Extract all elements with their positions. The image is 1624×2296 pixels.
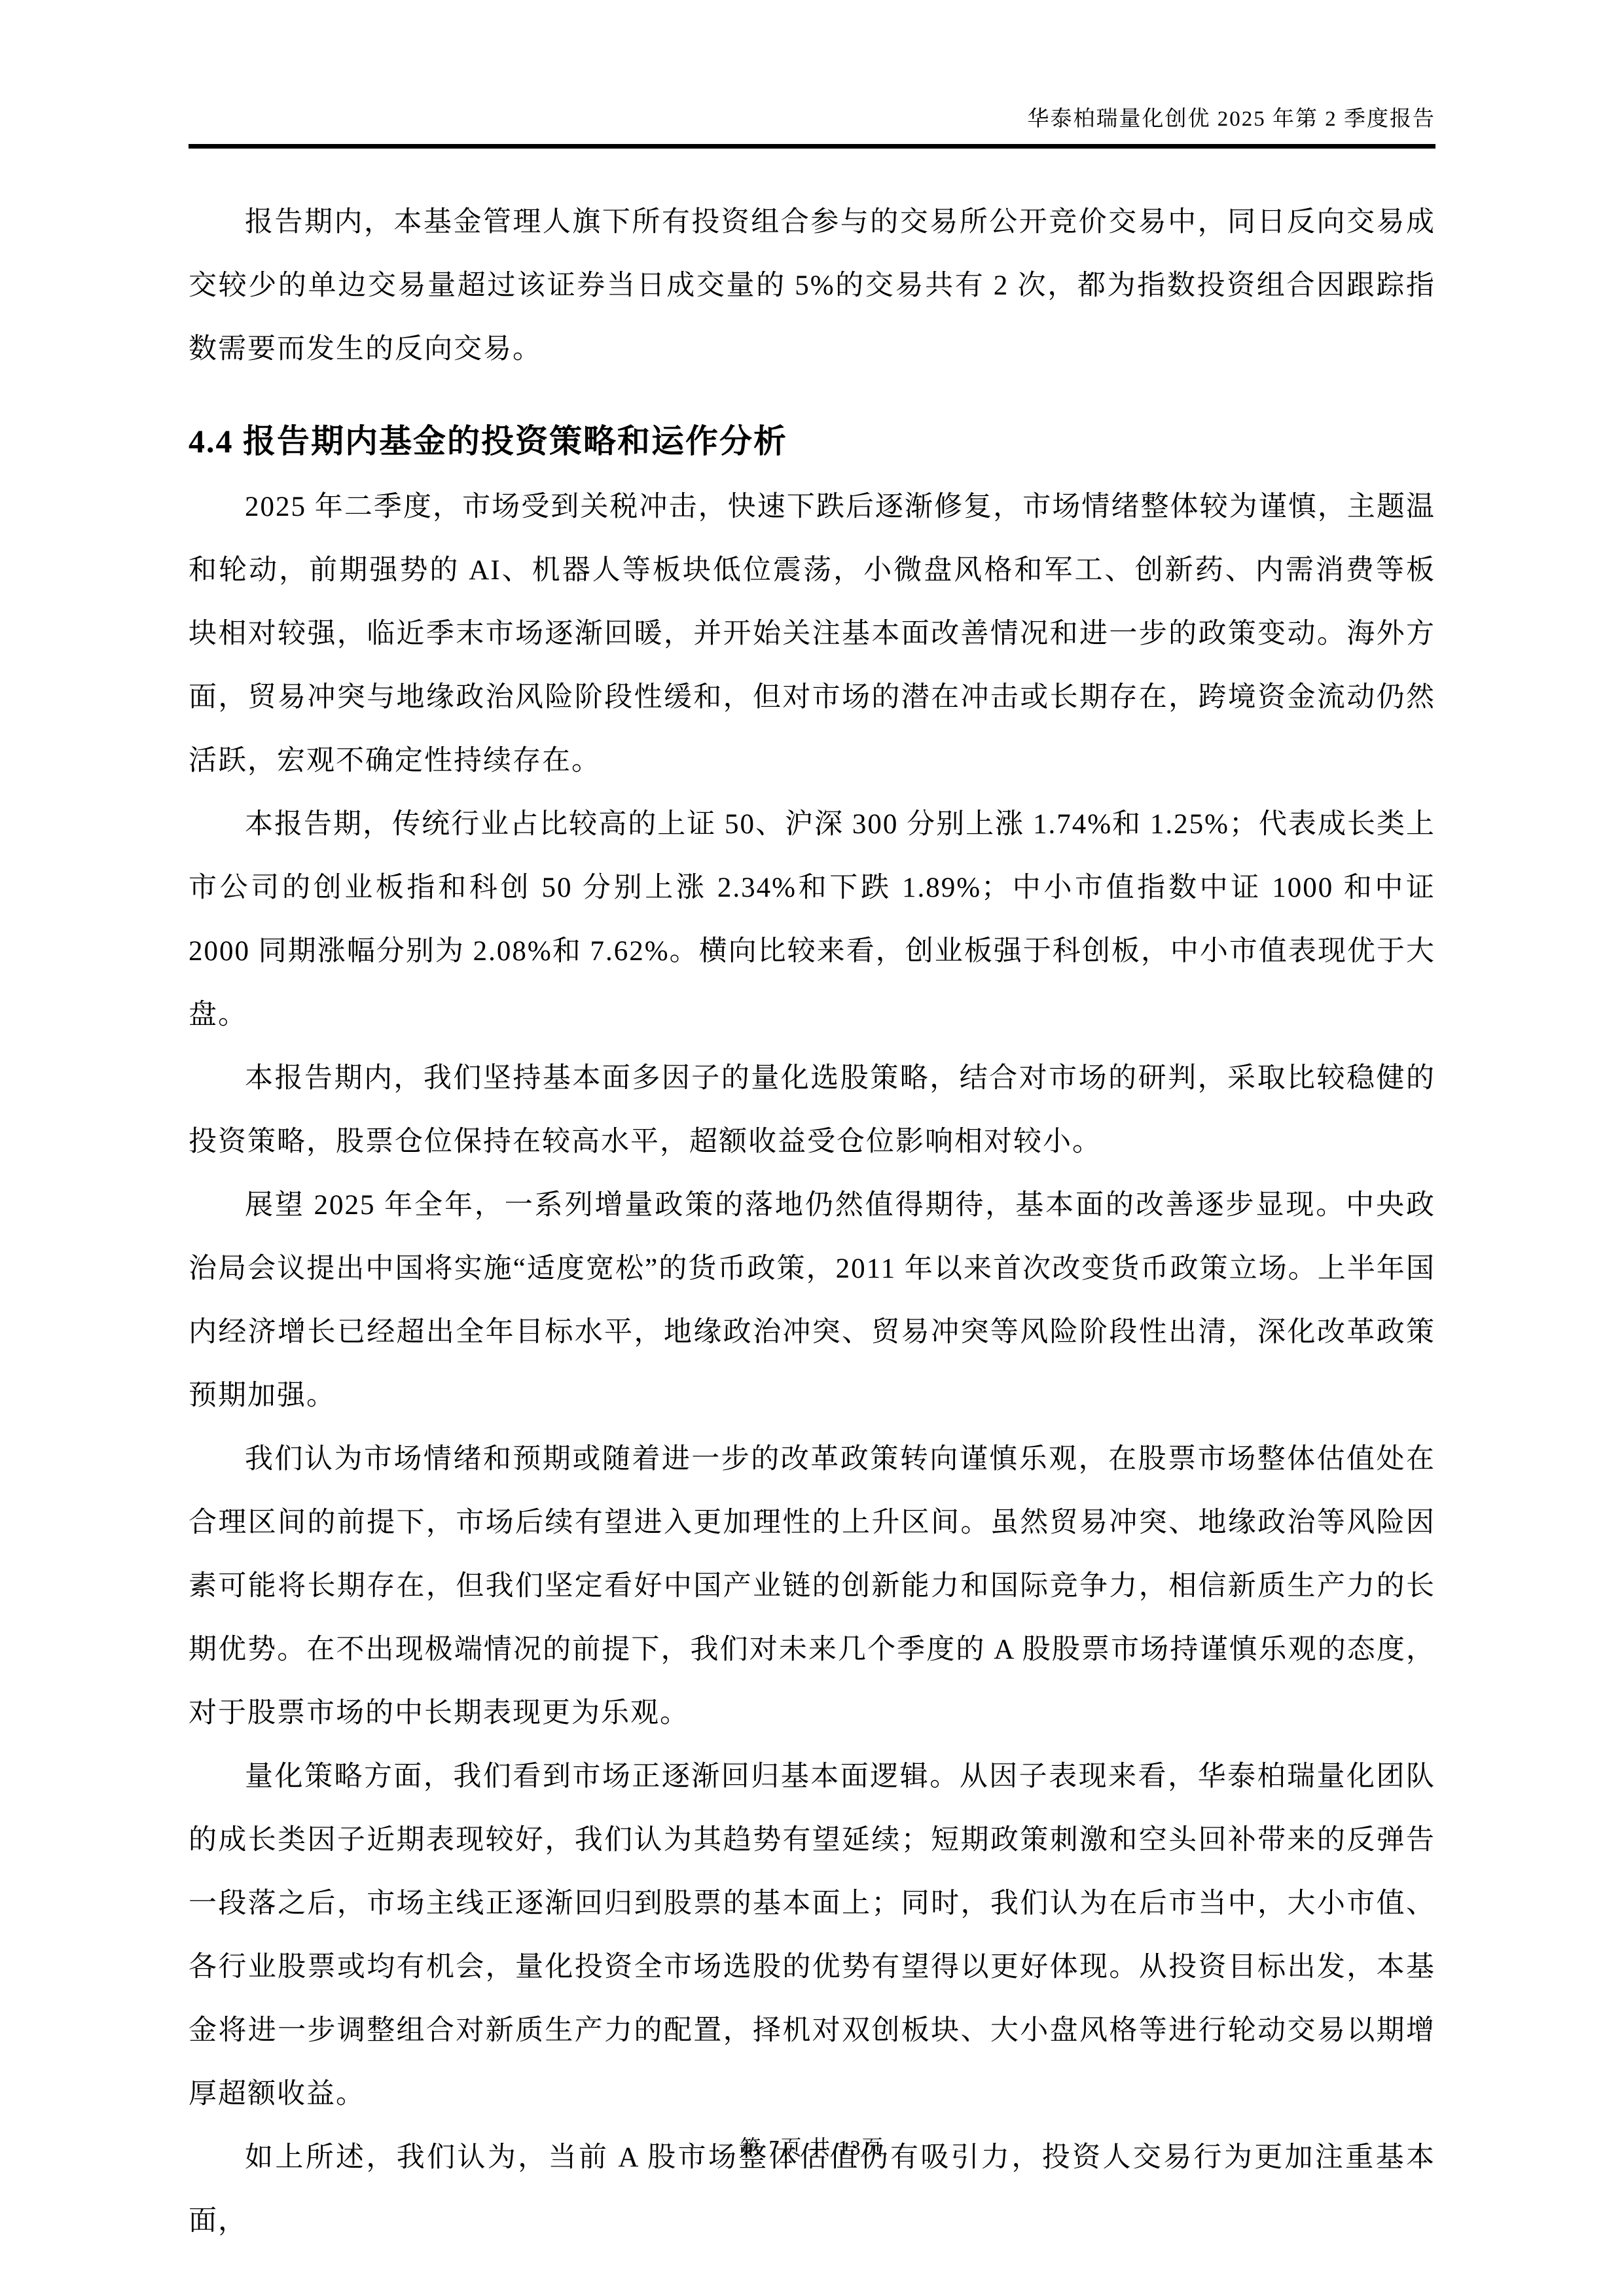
- page-header: 华泰柏瑞量化创优 2025 年第 2 季度报告: [189, 0, 1435, 149]
- page-content: 报告期内，本基金管理人旗下所有投资组合参与的交易所公开竞价交易中，同日反向交易成…: [189, 190, 1435, 2253]
- paragraph-2025-outlook: 展望 2025 年全年，一系列增量政策的落地仍然值得期待，基本面的改善逐步显现。…: [189, 1174, 1435, 1427]
- page-number-indicator: 第 7页 共 13页: [740, 2136, 884, 2159]
- page-footer: 第 7页 共 13页: [0, 2133, 1624, 2162]
- header-report-title: 华泰柏瑞量化创优 2025 年第 2 季度报告: [189, 105, 1435, 134]
- paragraph-q2-market-review: 2025 年二季度，市场受到关税冲击，快速下跌后逐渐修复，市场情绪整体较为谨慎，…: [189, 475, 1435, 793]
- paragraph-quant-strategy: 量化策略方面，我们看到市场正逐渐回归基本面逻辑。从因子表现来看，华泰柏瑞量化团队…: [189, 1745, 1435, 2126]
- paragraph-index-performance: 本报告期，传统行业占比较高的上证 50、沪深 300 分别上涨 1.74%和 1…: [189, 793, 1435, 1047]
- paragraph-trading-disclosure: 报告期内，本基金管理人旗下所有投资组合参与的交易所公开竞价交易中，同日反向交易成…: [189, 190, 1435, 381]
- section-heading-4-4: 4.4 报告期内基金的投资策略和运作分析: [189, 407, 1435, 475]
- report-page: 华泰柏瑞量化创优 2025 年第 2 季度报告 报告期内，本基金管理人旗下所有投…: [0, 0, 1624, 2296]
- paragraph-sentiment-outlook: 我们认为市场情绪和预期或随着进一步的改革政策转向谨慎乐观，在股票市场整体估值处在…: [189, 1427, 1435, 1745]
- paragraph-strategy-position: 本报告期内，我们坚持基本面多因子的量化选股策略，结合对市场的研判，采取比较稳健的…: [189, 1047, 1435, 1174]
